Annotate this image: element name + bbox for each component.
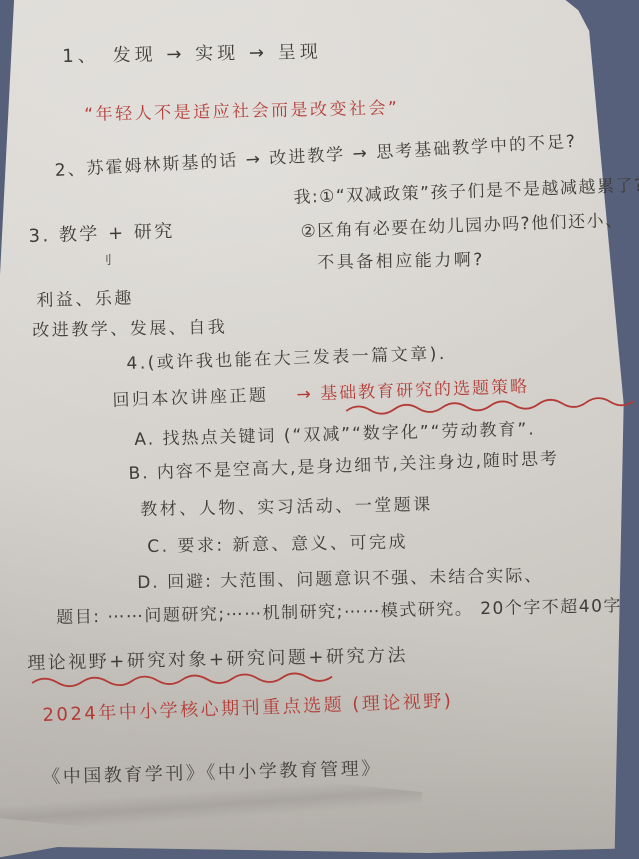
insert-mark: 刂 — [100, 251, 112, 268]
line-teaching-research: 3. 教学 + 研究 — [28, 217, 175, 248]
my-question-2b: 不具备相应能力啊? — [317, 245, 485, 273]
item-b-continued: 教材、人物、实习活动、一堂题课 — [140, 490, 433, 520]
line-improve-develop: 改进教学、发展、自我 — [32, 313, 227, 341]
line-discover-flow: 1、 发现 → 实现 → 呈现 — [62, 37, 322, 68]
photo-background: 1、 发现 → 实现 → 呈现 “年轻人不是适应社会而是改变社会” 2、苏霍姆林… — [0, 0, 639, 859]
line-benefit-interest: 利益、乐趣 — [36, 283, 134, 311]
item-c-requirements: C. 要求: 新意、意义、可完成 — [147, 527, 408, 557]
